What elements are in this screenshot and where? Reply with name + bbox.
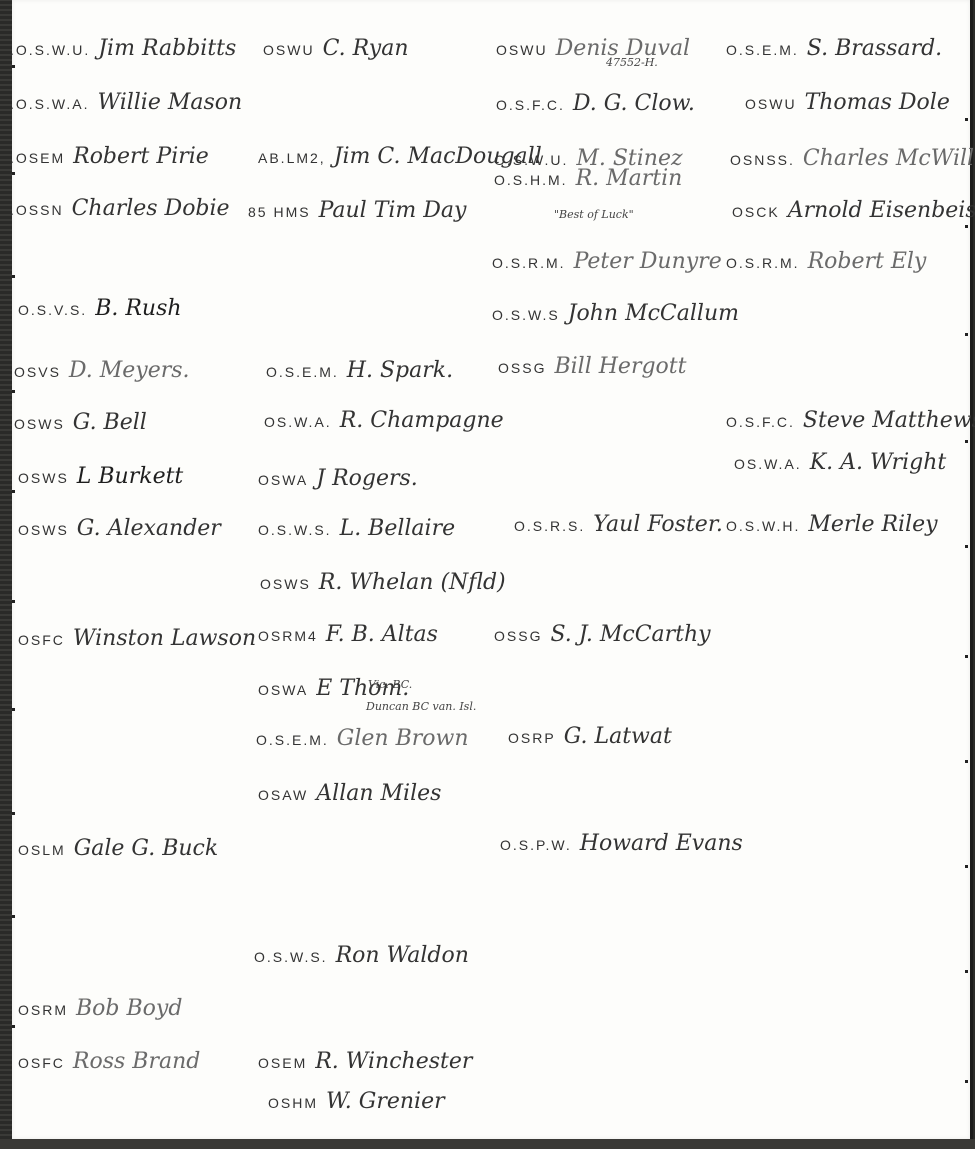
rank-abbreviation: OSWA bbox=[258, 472, 308, 488]
rank-abbreviation: OS.W.A. bbox=[264, 414, 332, 430]
rank-abbreviation: OSWS bbox=[18, 470, 69, 486]
signature-entry: OS.W.A.R. Champagne bbox=[264, 408, 504, 433]
signature-name: G. Alexander bbox=[77, 516, 221, 541]
rank-abbreviation: O.S.W.H. bbox=[726, 518, 800, 534]
signature-entry: O.S.F.C.D. G. Clow. bbox=[496, 91, 695, 116]
signature-name: Allan Miles bbox=[316, 781, 441, 806]
rank-abbreviation: O.S.E.M. bbox=[726, 42, 799, 58]
signature-name: Merle Riley bbox=[808, 512, 937, 537]
signature-note: "Best of Luck" bbox=[554, 208, 634, 221]
signature-name: Howard Evans bbox=[580, 831, 743, 856]
rank-abbreviation: OSFC bbox=[18, 632, 65, 648]
signature-entry: OSVSD. Meyers. bbox=[14, 358, 190, 383]
signature-entry: OSFCWinston Lawson bbox=[18, 626, 256, 651]
signature-entry: O.S.W.S.L. Bellaire bbox=[258, 516, 455, 541]
rank-abbreviation: OSRM4 bbox=[258, 628, 318, 644]
signature-entry: OSWUThomas Dole bbox=[745, 90, 950, 115]
rank-abbreviation: OSRP bbox=[508, 730, 556, 746]
rank-abbreviation: OSNSS. bbox=[730, 152, 795, 168]
signature-name: Ross Brand bbox=[73, 1049, 200, 1074]
rank-abbreviation: O.S.V.S. bbox=[18, 302, 87, 318]
scan-left-edge bbox=[0, 0, 12, 1149]
rank-abbreviation: 85 HMS bbox=[248, 204, 311, 220]
rank-abbreviation: OSFC bbox=[18, 1055, 65, 1071]
signature-name: W. Grenier bbox=[326, 1089, 445, 1114]
signature-entry: OSSGBill Hergott bbox=[498, 354, 686, 379]
rank-abbreviation: OSHM bbox=[268, 1095, 318, 1111]
signature-name: G. Latwat bbox=[564, 724, 672, 749]
rank-abbreviation: OSWU bbox=[496, 42, 548, 58]
signature-entry: O.S.R.S.Yaul Foster. bbox=[514, 512, 723, 537]
rank-abbreviation: OSSG bbox=[498, 360, 546, 376]
margin-tick-mark bbox=[965, 333, 968, 336]
signature-entry: OSWSL Burkett bbox=[18, 464, 183, 489]
margin-tick-mark bbox=[12, 172, 15, 175]
signature-note: Duncan BC van. Isl. bbox=[366, 700, 476, 713]
margin-tick-mark bbox=[12, 390, 15, 393]
rank-abbreviation: O.S.W.S. bbox=[258, 522, 332, 538]
rank-abbreviation: OSWS bbox=[260, 576, 311, 592]
signature-entry: OSHMW. Grenier bbox=[268, 1089, 445, 1114]
rank-abbreviation: OSSG bbox=[494, 628, 542, 644]
signature-entry: OSLMGale G. Buck bbox=[18, 836, 218, 861]
signature-entry: .OSEMRobert Pirie bbox=[10, 144, 209, 169]
rank-abbreviation: O.S.R.M. bbox=[726, 255, 800, 271]
signature-name: Winston Lawson bbox=[73, 626, 256, 651]
rank-abbreviation: O.S.H.M. bbox=[494, 172, 568, 188]
margin-tick-mark bbox=[12, 275, 15, 278]
rank-abbreviation: O.S.E.M. bbox=[266, 364, 339, 380]
signature-entry: OSAWAllan Miles bbox=[258, 781, 441, 806]
signature-name: Steve Matthews bbox=[803, 408, 975, 433]
signature-name: Arnold Eisenbeis bbox=[788, 198, 975, 223]
signature-entry: O.S.V.S.B. Rush bbox=[18, 296, 182, 321]
signature-entry: OSCKArnold Eisenbeis bbox=[732, 198, 975, 223]
rank-abbreviation: OSWS bbox=[14, 416, 65, 432]
signature-entry: 85 HMSPaul Tim Day bbox=[248, 198, 466, 223]
signature-name: Glen Brown bbox=[337, 726, 469, 751]
margin-tick-mark bbox=[12, 915, 15, 918]
margin-tick-mark bbox=[965, 970, 968, 973]
margin-tick-mark bbox=[965, 1080, 968, 1083]
signature-name: C. Ryan bbox=[323, 36, 409, 61]
signature-page: .O.S.W.U.Jim RabbittsOSWUC. RyanOSWUDeni… bbox=[12, 0, 973, 1139]
signature-name: J Rogers. bbox=[316, 466, 418, 491]
signature-name: John McCallum bbox=[568, 301, 739, 326]
signature-entry: .O.S.W.A.Willie Mason bbox=[10, 90, 242, 115]
signature-note: 47552-H. bbox=[606, 56, 658, 69]
signature-name: R. Champagne bbox=[340, 408, 504, 433]
rank-abbreviation: .O.S.W.U. bbox=[10, 42, 90, 58]
signature-name: Ron Waldon bbox=[336, 943, 469, 968]
signature-name: K. A. Wright bbox=[810, 450, 947, 475]
margin-tick-mark bbox=[12, 1025, 15, 1028]
signature-name: Robert Ely bbox=[808, 249, 927, 274]
margin-tick-mark bbox=[965, 865, 968, 868]
margin-tick-mark bbox=[12, 708, 15, 711]
signature-name: H. Spark. bbox=[347, 358, 453, 383]
signature-entry: O.S.H.M.R. Martin bbox=[494, 166, 682, 191]
rank-abbreviation: O.S.E.M. bbox=[256, 732, 329, 748]
signature-entry: O.S.R.M.Robert Ely bbox=[726, 249, 926, 274]
signature-entry: .O.S.W.U.Jim Rabbitts bbox=[10, 36, 236, 61]
signature-name: D. Meyers. bbox=[69, 358, 190, 383]
margin-tick-mark bbox=[12, 65, 15, 68]
signature-name: Bob Boyd bbox=[76, 996, 182, 1021]
rank-abbreviation: OSWS bbox=[18, 522, 69, 538]
rank-abbreviation: OSVS bbox=[14, 364, 61, 380]
signature-entry: O.S.E.M.Glen Brown bbox=[256, 726, 469, 751]
scan-bottom-edge bbox=[0, 1139, 975, 1149]
signature-entry: O.S.R.M.Peter Dunyre bbox=[492, 249, 722, 274]
margin-tick-mark bbox=[12, 490, 15, 493]
signature-name: R. Winchester bbox=[315, 1049, 472, 1074]
signature-name: Gale G. Buck bbox=[74, 836, 219, 861]
margin-tick-mark bbox=[965, 655, 968, 658]
signature-entry: OSRPG. Latwat bbox=[508, 724, 672, 749]
rank-abbreviation: .OSSN bbox=[10, 202, 64, 218]
signature-name: Charles McWilliams bbox=[803, 146, 975, 171]
rank-abbreviation: O.S.F.C. bbox=[496, 97, 565, 113]
signature-entry: O.S.F.C.Steve Matthews bbox=[726, 408, 975, 433]
signature-name: Peter Dunyre bbox=[574, 249, 722, 274]
rank-abbreviation: OSEM bbox=[258, 1055, 307, 1071]
signature-name: Willie Mason bbox=[97, 90, 242, 115]
rank-abbreviation: O.S.R.M. bbox=[492, 255, 566, 271]
signature-name: Bill Hergott bbox=[554, 354, 686, 379]
signature-name: L. Bellaire bbox=[340, 516, 456, 541]
rank-abbreviation: O.S.W.S. bbox=[254, 949, 328, 965]
rank-abbreviation: OSWA bbox=[258, 682, 308, 698]
signature-name: Jim Rabbitts bbox=[98, 36, 236, 61]
signature-entry: OSWAJ Rogers. bbox=[258, 466, 418, 491]
rank-abbreviation: .O.S.W.A. bbox=[10, 96, 89, 112]
rank-abbreviation: O.S.F.C. bbox=[726, 414, 795, 430]
signature-entry: O.S.W.H.Merle Riley bbox=[726, 512, 938, 537]
margin-tick-mark bbox=[965, 225, 968, 228]
rank-abbreviation: O.S.R.S. bbox=[514, 518, 585, 534]
signature-entry: OSWSG. Bell bbox=[14, 410, 147, 435]
margin-tick-mark bbox=[12, 812, 15, 815]
rank-abbreviation: .OSEM bbox=[10, 150, 65, 166]
signature-name: Thomas Dole bbox=[805, 90, 950, 115]
rank-abbreviation: O.S.W.S bbox=[492, 307, 560, 323]
signature-name: S. J. McCarthy bbox=[550, 622, 710, 647]
margin-tick-mark bbox=[965, 545, 968, 548]
signature-name: Robert Pirie bbox=[73, 144, 209, 169]
signature-entry: OSNSS.Charles McWilliams bbox=[730, 146, 975, 171]
signature-name: Yaul Foster. bbox=[593, 512, 723, 537]
rank-abbreviation: O.S.P.W. bbox=[500, 837, 572, 853]
signature-name: D. G. Clow. bbox=[573, 91, 695, 116]
signature-note: Vic. BC. bbox=[368, 678, 412, 691]
signature-entry: O.S.E.M.S. Brassard. bbox=[726, 36, 942, 61]
signature-entry: O.S.P.W.Howard Evans bbox=[500, 831, 743, 856]
rank-abbreviation: OSWU bbox=[263, 42, 315, 58]
signature-name: Paul Tim Day bbox=[319, 198, 467, 223]
rank-abbreviation: OSWU bbox=[745, 96, 797, 112]
signature-name: R. Whelan (Nfld) bbox=[319, 570, 506, 595]
signature-entry: OS.W.A.K. A. Wright bbox=[734, 450, 946, 475]
margin-tick-mark bbox=[965, 760, 968, 763]
margin-tick-mark bbox=[965, 118, 968, 121]
signature-entry: OSWSG. Alexander bbox=[18, 516, 221, 541]
signature-entry: OSWSR. Whelan (Nfld) bbox=[260, 570, 506, 595]
rank-abbreviation: OSRM bbox=[18, 1002, 68, 1018]
rank-abbreviation: OS.W.A. bbox=[734, 456, 802, 472]
signature-name: Charles Dobie bbox=[72, 196, 230, 221]
margin-tick-mark bbox=[965, 440, 968, 443]
rank-abbreviation: AB.LM2, bbox=[258, 150, 326, 166]
rank-abbreviation: OSAW bbox=[258, 787, 308, 803]
signature-entry: O.S.W.S.Ron Waldon bbox=[254, 943, 469, 968]
signature-name: G. Bell bbox=[73, 410, 147, 435]
signature-entry: OSRMBob Boyd bbox=[18, 996, 182, 1021]
signature-entry: OSWUDenis Duval bbox=[496, 36, 690, 61]
rank-abbreviation: OSLM bbox=[18, 842, 66, 858]
signature-name: F. B. Altas bbox=[326, 622, 438, 647]
signature-entry: .OSSNCharles Dobie bbox=[10, 196, 230, 221]
signature-name: B. Rush bbox=[95, 296, 181, 321]
signature-entry: O.S.W.SJohn McCallum bbox=[492, 301, 739, 326]
signature-entry: OSRM4F. B. Altas bbox=[258, 622, 438, 647]
signature-entry: OSWUC. Ryan bbox=[263, 36, 409, 61]
signature-name: S. Brassard. bbox=[807, 36, 942, 61]
rank-abbreviation: OSCK bbox=[732, 204, 780, 220]
signature-entry: O.S.E.M.H. Spark. bbox=[266, 358, 453, 383]
signature-entry: OSSGS. J. McCarthy bbox=[494, 622, 711, 647]
signature-name: L Burkett bbox=[77, 464, 184, 489]
signature-entry: OSFCRoss Brand bbox=[18, 1049, 200, 1074]
signature-name: R. Martin bbox=[576, 166, 683, 191]
signature-entry: OSEMR. Winchester bbox=[258, 1049, 472, 1074]
margin-tick-mark bbox=[12, 600, 15, 603]
